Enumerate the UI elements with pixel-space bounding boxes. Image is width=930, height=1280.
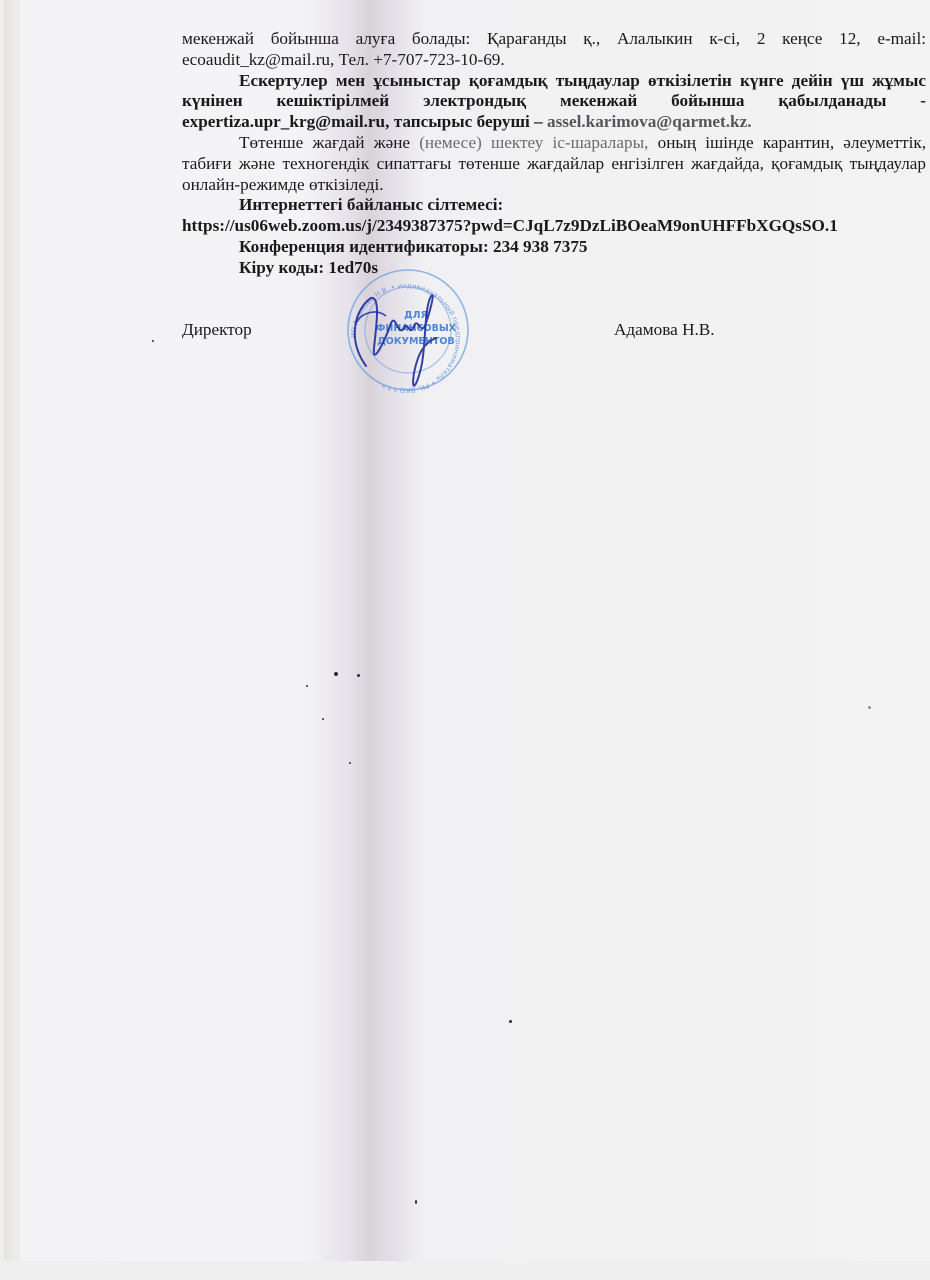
conference-id: Конференция идентификаторы: 234 938 7375 (182, 237, 926, 258)
remarks-paragraph: Ескертулер мен ұсыныстар қоғамдық тыңдау… (182, 71, 926, 133)
scan-speck (322, 718, 324, 720)
emergency-paragraph: Төтенше жағдай және (немесе) шектеу іс-ш… (182, 133, 926, 195)
scan-speck (415, 1200, 417, 1204)
svg-text:ДЛЯ: ДЛЯ (404, 310, 428, 321)
scan-speck (306, 685, 308, 687)
scan-speck (334, 672, 338, 676)
stamp-with-signature: ИП Адамова Н.В. • индивидуальный предпри… (326, 268, 486, 408)
round-stamp-icon: ИП Адамова Н.В. • индивидуальный предпри… (326, 268, 486, 408)
scan-speck (349, 762, 351, 764)
zoom-link[interactable]: https://us06web.zoom.us/j/2349387375?pwd… (182, 216, 926, 237)
scanned-page: мекенжай бойынша алуға болады: Қарағанды… (4, 0, 930, 1261)
document-body: мекенжай бойынша алуға болады: Қарағанды… (182, 29, 926, 279)
link-label: Интернеттегі байланыс сілтемесі: (182, 195, 926, 216)
access-code: Кіру коды: 1ed70s (182, 258, 926, 279)
scan-speck (152, 340, 154, 342)
signer-title: Директор (182, 320, 252, 340)
signature-row: Директор Адамова Н.В. (182, 320, 926, 344)
customer-email: assel.karimova@qarmet.kz. (547, 112, 752, 131)
scan-speck (868, 706, 871, 709)
scan-speck (357, 674, 360, 677)
svg-text:ДОКУМЕНТОВ: ДОКУМЕНТОВ (377, 336, 454, 347)
address-paragraph: мекенжай бойынша алуға болады: Қарағанды… (182, 29, 926, 71)
scan-speck (509, 1020, 512, 1023)
signer-name: Адамова Н.В. (614, 320, 715, 340)
